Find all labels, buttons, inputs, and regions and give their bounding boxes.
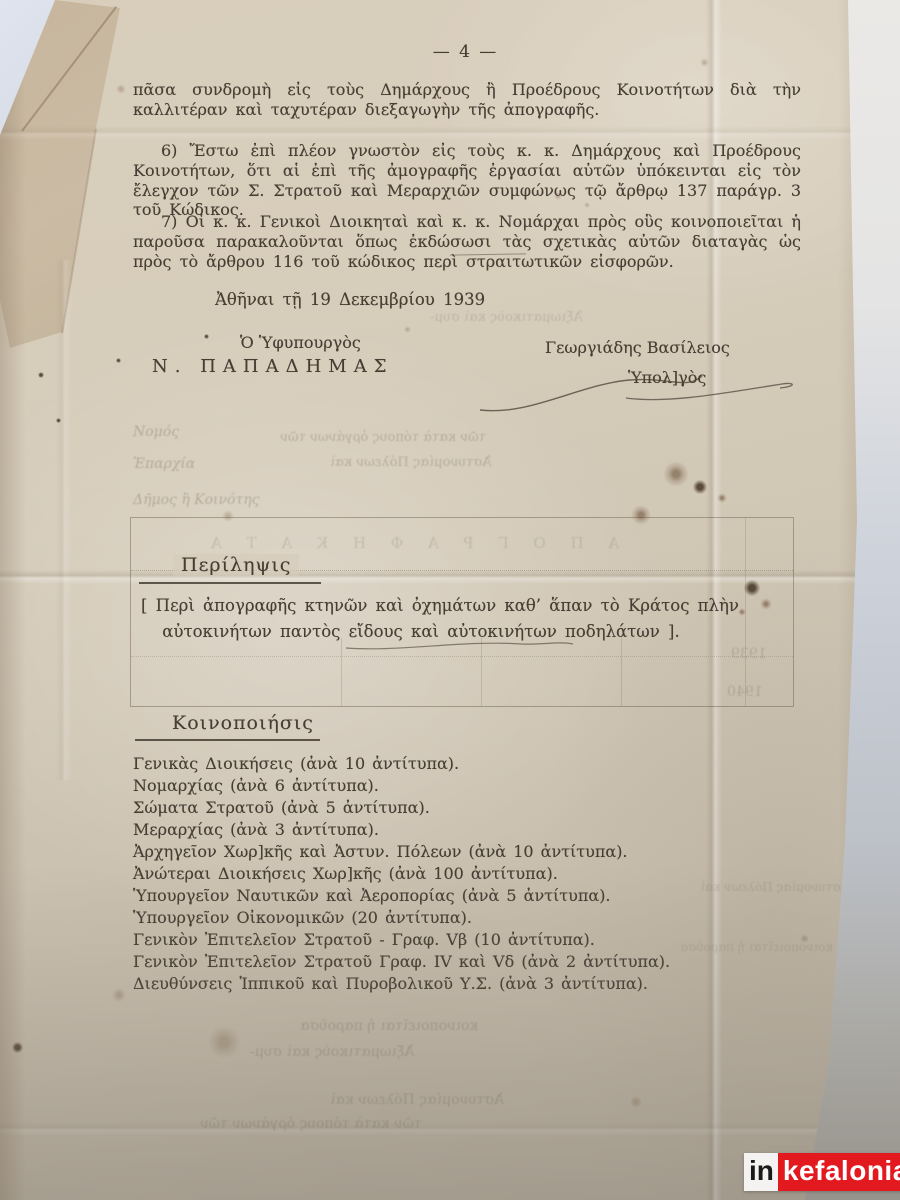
paper-shading	[0, 0, 900, 1200]
watermark-prefix: in	[744, 1153, 778, 1191]
paper-shading	[0, 0, 26, 1200]
watermark-name: kefalonia	[778, 1153, 900, 1191]
document-paper: Νομός Ἐπαρχία Δῆμος ἢ Κοινότης τῶν κατὰ …	[0, 0, 900, 1200]
photo-scene: Νομός Ἐπαρχία Δῆμος ἢ Κοινότης τῶν κατὰ …	[0, 0, 900, 1200]
inkefalonia-watermark: in kefalonia	[744, 1153, 900, 1191]
paper-shading	[838, 0, 860, 1200]
